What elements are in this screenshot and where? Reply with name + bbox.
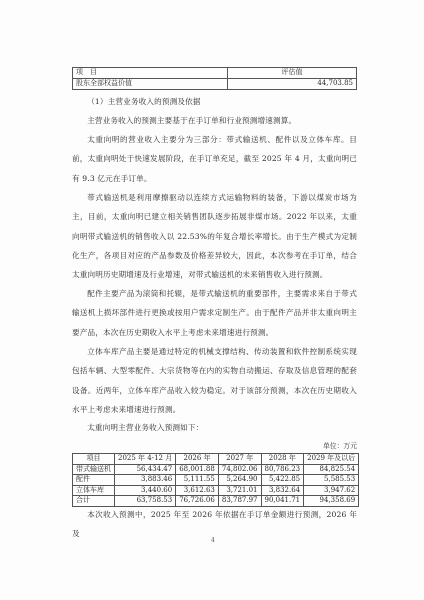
paragraph: 立体车库产品主要是通过特定的机械支撑结构、传动装置和软件控制系统实现包括车辆、大…	[72, 342, 357, 419]
header-2028: 2028 年	[261, 454, 304, 465]
header-2026: 2026 年	[176, 454, 219, 465]
cell-value: 3,612.63	[176, 485, 219, 496]
cell-value: 5,264.90	[218, 475, 261, 486]
cell-value: 5,111.55	[176, 475, 219, 486]
cell-value: 3,947.62	[304, 485, 359, 496]
table-header-row: 项 目 评估值	[73, 68, 357, 79]
paragraph: 主营业务收入的预测主要基于在手订单和行业预测增速测算。	[72, 111, 357, 130]
table-row: 立体车库 3,440.60 3,612.63 3,721.01 3,832.64…	[73, 485, 359, 496]
cell-value: 56,434.47	[115, 464, 176, 475]
paragraph: 带式输送机是利用摩擦驱动以连续方式运输物料的装备，下游以煤炭市场为主，目前，太重…	[72, 188, 357, 284]
document-page: 项 目 评估值 股东全部权益价值 44,703.85 （1）主营业务收入的预测及…	[0, 0, 424, 600]
cell-value: 80,786.23	[261, 464, 304, 475]
cell-value: 3,440.60	[115, 485, 176, 496]
cell-item: 立体车库	[73, 485, 115, 496]
cell-value: 68,001.88	[176, 464, 219, 475]
table-row: 带式输送机 56,434.47 68,001.88 74,802.06 80,7…	[73, 464, 359, 475]
header-item: 项 目	[73, 68, 228, 79]
page-number: 4	[211, 537, 215, 544]
cell-item: 股东全部权益价值	[73, 79, 228, 90]
cell-item: 带式输送机	[73, 464, 115, 475]
paragraph: 配件主要产品为滚筒和托辊，是带式输送机的重要部件，主要需求来自于带式输送机上损坏…	[72, 284, 357, 342]
cell-value: 3,832.64	[261, 485, 304, 496]
cell-value: 5,422.85	[261, 475, 304, 486]
table-row: 配件 3,883.46 5,111.55 5,264.90 5,422.85 5…	[73, 475, 359, 486]
table-row: 股东全部权益价值 44,703.85	[73, 79, 357, 90]
cell-value: 84,825.54	[304, 464, 359, 475]
table-header-row: 项目 2025 年 4-12 月 2026 年 2027 年 2028 年 20…	[73, 454, 359, 465]
section-heading: （1）主营业务收入的预测及依据	[72, 92, 357, 111]
unit-label: 单位：万元	[323, 440, 357, 450]
valuation-table: 项 目 评估值 股东全部权益价值 44,703.85	[72, 67, 357, 90]
cell-value: 5,585.53	[304, 475, 359, 486]
header-2025: 2025 年 4-12 月	[115, 454, 176, 465]
header-2029: 2029 年及以后	[304, 454, 359, 465]
cell-value: 74,802.06	[218, 464, 261, 475]
cell-value: 44,703.85	[228, 79, 357, 90]
cell-value: 3,721.01	[218, 485, 261, 496]
header-value: 评估值	[228, 68, 357, 79]
cell-value: 3,883.46	[115, 475, 176, 486]
cell-item: 配件	[73, 475, 115, 486]
paragraph: 太重向明主营业务收入预测如下：	[72, 418, 357, 437]
header-2027: 2027 年	[218, 454, 261, 465]
header-item: 项目	[73, 454, 115, 465]
paragraph: 太重向明的营业收入主要分为三部分：带式输送机、配件以及立体车库。目前，太重向明处…	[72, 130, 357, 188]
revenue-forecast-table: 项目 2025 年 4-12 月 2026 年 2027 年 2028 年 20…	[72, 453, 359, 507]
